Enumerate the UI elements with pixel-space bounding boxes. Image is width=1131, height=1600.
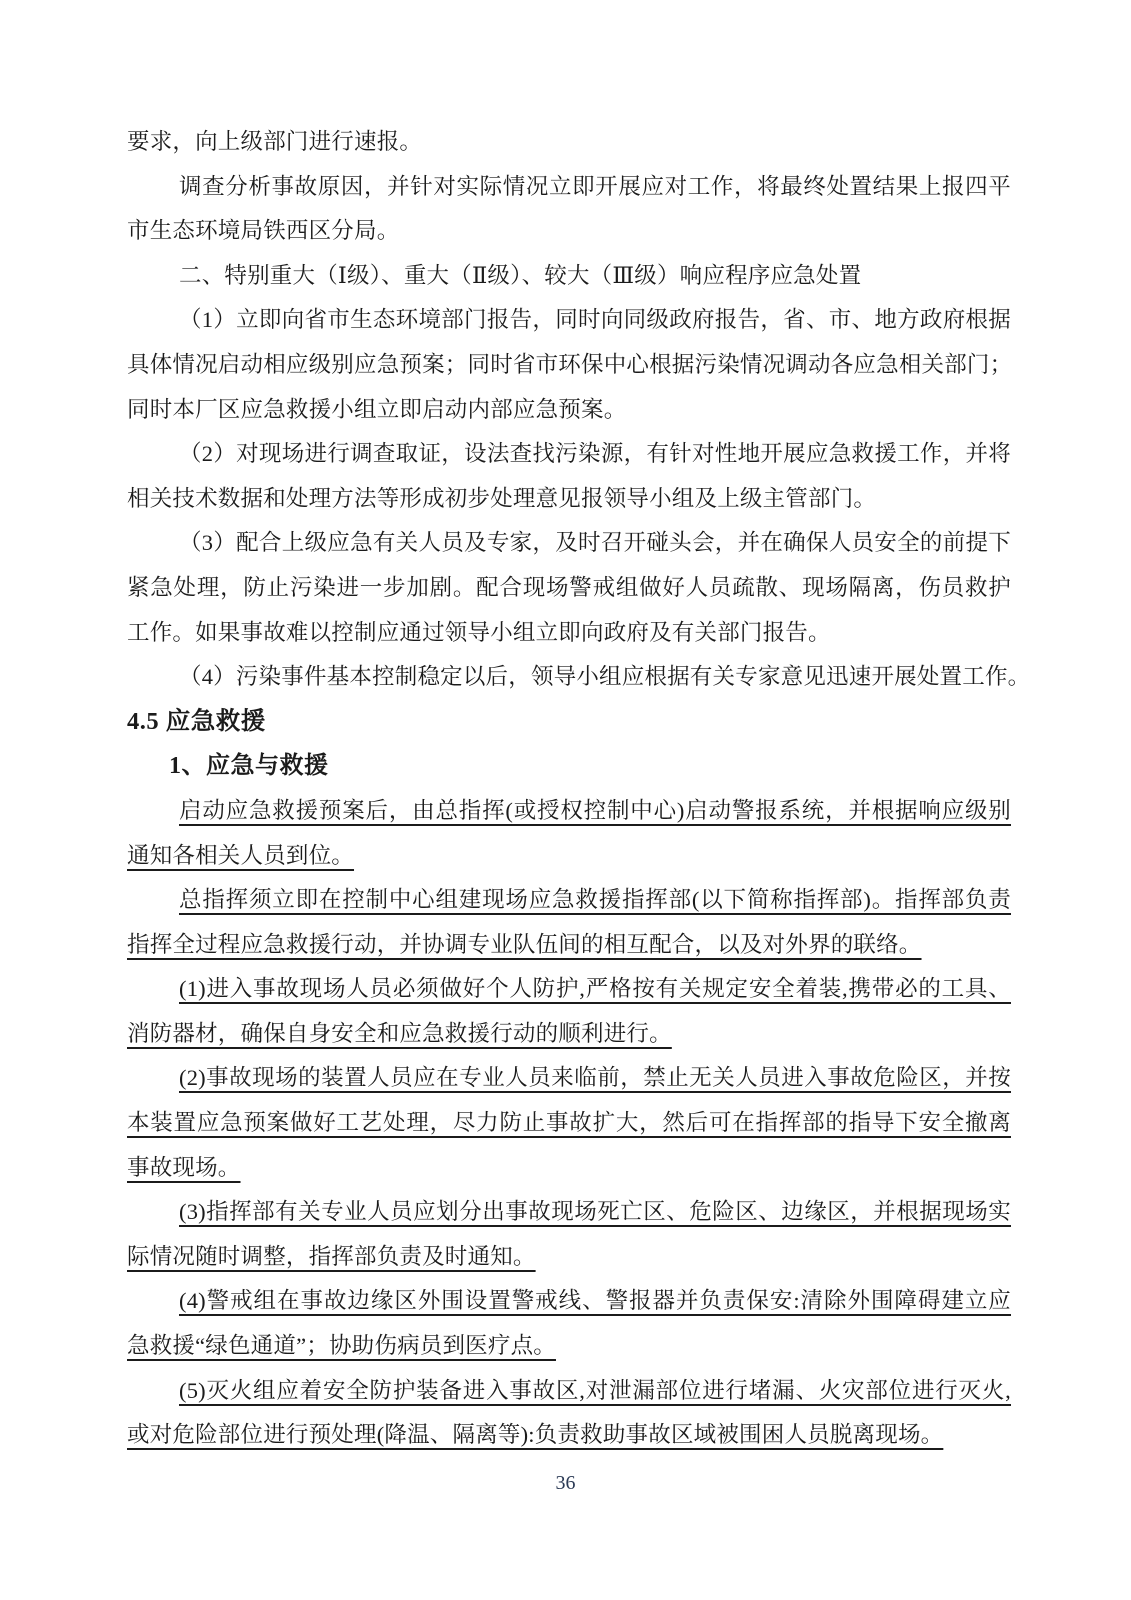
text-line: 指挥全过程应急救援行动，并协调专业队伍间的相互配合，以及对外界的联络。 <box>127 923 1011 968</box>
page-footer: 36 <box>0 1472 1131 1495</box>
text-line: 要求，向上级部门进行速报。 <box>127 120 1011 165</box>
text-line: (1)进入事故现场人员必须做好个人防护,严格按有关规定安全着装,携带必的工具、 <box>127 967 1011 1012</box>
text-line: 紧急处理，防止污染进一步加剧。配合现场警戒组做好人员疏散、现场隔离，伤员救护 <box>127 566 1011 611</box>
page-number: 36 <box>556 1472 576 1494</box>
text-line: 事故现场。 <box>127 1146 1011 1191</box>
text-line: （4）污染事件基本控制稳定以后，领导小组应根据有关专家意见迅速开展处置工作。 <box>127 655 1011 700</box>
text-line: （3）配合上级应急有关人员及专家，及时召开碰头会，并在确保人员安全的前提下 <box>127 521 1011 566</box>
text-line: 通知各相关人员到位。 <box>127 834 1011 879</box>
text-line: 启动应急救援预案后，由总指挥(或授权控制中心)启动警报系统，并根据响应级别 <box>127 789 1011 834</box>
text-line: (5)灭火组应着安全防护装备进入事故区,对泄漏部位进行堵漏、火灾部位进行灭火, <box>127 1369 1011 1414</box>
text-line: (3)指挥部有关专业人员应划分出事故现场死亡区、危险区、边缘区，并根据现场实 <box>127 1190 1011 1235</box>
text-line: 工作。如果事故难以控制应通过领导小组立即向政府及有关部门报告。 <box>127 611 1011 656</box>
text-line: 急救援“绿色通道”；协助伤病员到医疗点。 <box>127 1324 1011 1369</box>
section-heading: 4.5 应急救援 <box>127 700 1011 745</box>
text-line: 际情况随时调整，指挥部负责及时通知。 <box>127 1235 1011 1280</box>
text-line: (4)警戒组在事故边缘区外围设置警戒线、警报器并负责保安:清除外围障碍建立应 <box>127 1279 1011 1324</box>
text-line: （1）立即向省市生态环境部门报告，同时向同级政府报告，省、市、地方政府根据 <box>127 298 1011 343</box>
document-page: 要求，向上级部门进行速报。调查分析事故原因，并针对实际情况立即开展应对工作，将最… <box>0 0 1131 1600</box>
text-line: 具体情况启动相应级别应急预案；同时省市环保中心根据污染情况调动各应急相关部门； <box>127 343 1011 388</box>
text-line: 消防器材，确保自身安全和应急救援行动的顺利进行。 <box>127 1012 1011 1057</box>
text-line: (2)事故现场的装置人员应在专业人员来临前，禁止无关人员进入事故危险区，并按 <box>127 1056 1011 1101</box>
section-heading: 1、应急与救援 <box>127 744 1011 789</box>
text-line: 调查分析事故原因，并针对实际情况立即开展应对工作，将最终处置结果上报四平 <box>127 165 1011 210</box>
text-line: 同时本厂区应急救援小组立即启动内部应急预案。 <box>127 388 1011 433</box>
text-line: 本装置应急预案做好工艺处理，尽力防止事故扩大，然后可在指挥部的指导下安全撤离 <box>127 1101 1011 1146</box>
document-body: 要求，向上级部门进行速报。调查分析事故原因，并针对实际情况立即开展应对工作，将最… <box>127 120 1011 1458</box>
text-line: 二、特别重大（Ⅰ级）、重大（Ⅱ级）、较大（Ⅲ级）响应程序应急处置 <box>127 254 1011 299</box>
text-line: 市生态环境局铁西区分局。 <box>127 209 1011 254</box>
text-line: （2）对现场进行调查取证，设法查找污染源，有针对性地开展应急救援工作，并将 <box>127 432 1011 477</box>
text-line: 相关技术数据和处理方法等形成初步处理意见报领导小组及上级主管部门。 <box>127 477 1011 522</box>
text-line: 或对危险部位进行预处理(降温、隔离等):负责救助事故区域被围困人员脱离现场。 <box>127 1413 1011 1458</box>
text-line: 总指挥须立即在控制中心组建现场应急救援指挥部(以下简称指挥部)。指挥部负责 <box>127 878 1011 923</box>
